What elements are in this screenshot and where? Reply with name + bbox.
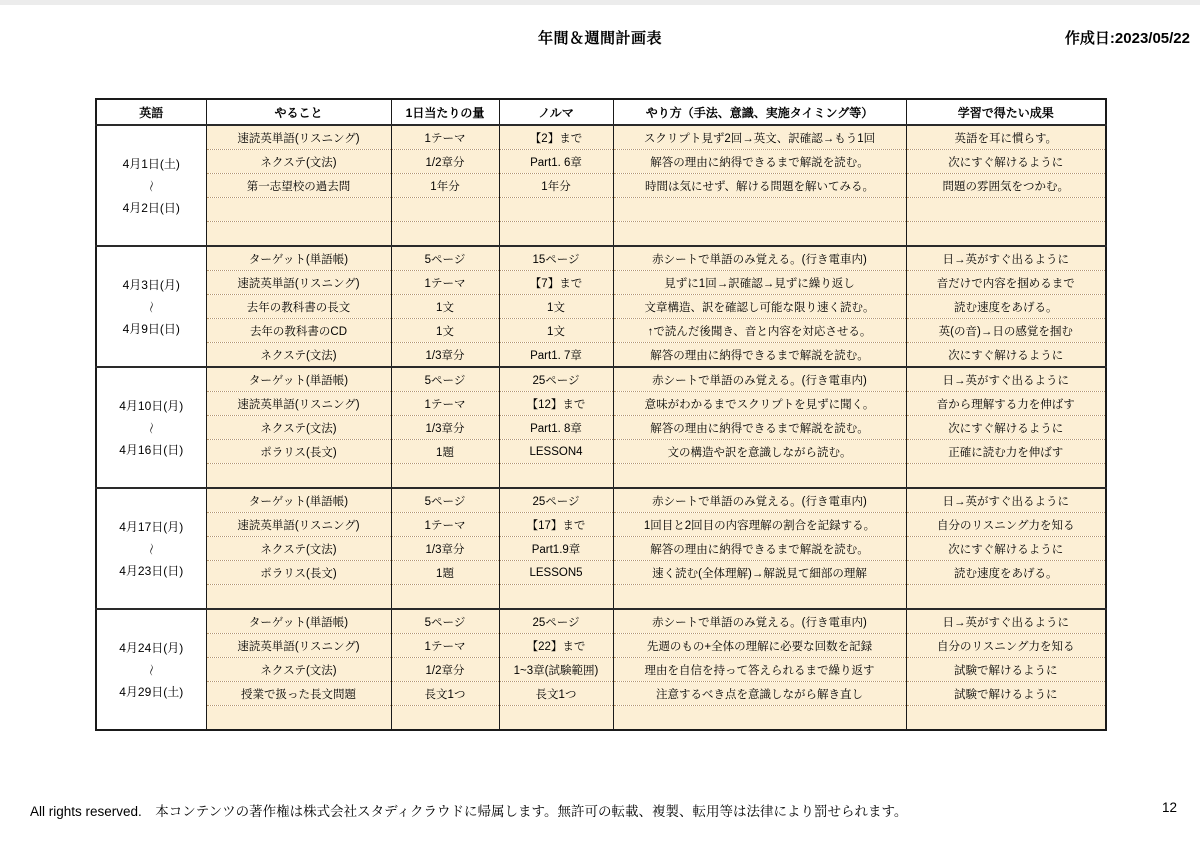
plan-cell: ポラリス(長文) [206,440,391,464]
plan-row: ネクステ(文法)1/3章分Part1. 8章解答の理由に納得できるまで解説を読む… [96,416,1106,440]
plan-cell: ターゲット(単語帳) [206,246,391,271]
plan-cell: 赤シートで単語のみ覚える。(行き電車内) [613,367,906,392]
plan-cell: 赤シートで単語のみ覚える。(行き電車内) [613,488,906,513]
date-separator: 〜 [145,659,157,681]
plan-cell: 5ページ [391,609,499,634]
plan-cell: 先週のもの+全体の理解に必要な回数を記録 [613,634,906,658]
plan-cell: 【2】まで [499,125,613,150]
copyright-text: All rights reserved. 本コンテンツの著作権は株式会社スタディ… [30,800,907,820]
plan-cell: 1題 [391,440,499,464]
date-start: 4月3日(月) [123,274,180,296]
plan-cell: 1/3章分 [391,343,499,368]
plan-row: 速読英単語(リスニング)1テーマ【7】まで見ずに1回→訳確認→見ずに繰り返し音だ… [96,271,1106,295]
plan-cell: 日→英がすぐ出るように [906,246,1106,271]
plan-row: 4月10日(月)〜4月16日(日)ターゲット(単語帳)5ページ25ページ赤シート… [96,367,1106,392]
date-end: 4月29日(土) [119,681,183,703]
plan-cell: 1/3章分 [391,416,499,440]
plan-row: ポラリス(長文)1題LESSON5速く読む(全体理解)→解説見て細部の理解読む速… [96,561,1106,585]
wave-dash: 〜 [140,179,162,191]
plan-cell: 日→英がすぐ出るように [906,367,1106,392]
date-start: 4月10日(月) [119,395,183,417]
document-page: 年間＆週間計画表 作成日:2023/05/22 英語やること1日当たりの量ノルマ… [0,0,1200,849]
plan-cell [613,706,906,731]
plan-cell: 正確に読む力を伸ばす [906,440,1106,464]
plan-cell: 1テーマ [391,271,499,295]
plan-cell: ターゲット(単語帳) [206,367,391,392]
date-end: 4月2日(日) [123,197,180,219]
wave-dash: 〜 [140,542,162,554]
plan-cell: 文の構造や訳を意識しながら読む。 [613,440,906,464]
plan-cell: 1テーマ [391,392,499,416]
date-range-cell: 4月17日(月)〜4月23日(日) [96,488,206,609]
plan-cell: 試験で解けるように [906,682,1106,706]
date-separator: 〜 [145,175,157,197]
plan-cell: 去年の教科書の長文 [206,295,391,319]
plan-cell: 1文 [391,295,499,319]
plan-cell: 1テーマ [391,513,499,537]
plan-cell [391,222,499,247]
plan-cell: Part1. 6章 [499,150,613,174]
page-title: 年間＆週間計画表 [0,27,1200,48]
plan-cell [391,706,499,731]
date-range-cell: 4月3日(月)〜4月9日(日) [96,246,206,367]
wave-dash: 〜 [140,300,162,312]
plan-row: 速読英単語(リスニング)1テーマ【12】まで意味がわかるまでスクリプトを見ずに聞… [96,392,1106,416]
plan-cell: 次にすぐ解けるように [906,416,1106,440]
column-header: やること [206,99,391,125]
column-header: ノルマ [499,99,613,125]
plan-cell: 15ページ [499,246,613,271]
plan-cell: 読む速度をあげる。 [906,295,1106,319]
plan-cell: 読む速度をあげる。 [906,561,1106,585]
plan-row: ポラリス(長文)1題LESSON4文の構造や訳を意識しながら読む。正確に読む力を… [96,440,1106,464]
plan-cell: 1テーマ [391,634,499,658]
column-header: 1日当たりの量 [391,99,499,125]
plan-cell: 解答の理由に納得できるまで解説を読む。 [613,150,906,174]
plan-row: 授業で扱った長文問題長文1つ長文1つ注意するべき点を意識しながら解き直し試験で解… [96,682,1106,706]
plan-cell [206,464,391,489]
plan-cell: 1/3章分 [391,537,499,561]
plan-cell: 1文 [391,319,499,343]
plan-row: 去年の教科書のCD1文1文↑で読んだ後聞き、音と内容を対応させる。英(の音)→日… [96,319,1106,343]
plan-cell [391,464,499,489]
plan-row [96,706,1106,731]
plan-cell: ↑で読んだ後聞き、音と内容を対応させる。 [613,319,906,343]
plan-cell: 見ずに1回→訳確認→見ずに繰り返し [613,271,906,295]
plan-cell: 1~3章(試験範囲) [499,658,613,682]
plan-row: ネクステ(文法)1/3章分Part1.9章解答の理由に納得できるまで解説を読む。… [96,537,1106,561]
date-end: 4月23日(日) [119,560,183,582]
plan-cell: 5ページ [391,246,499,271]
plan-cell: 時間は気にせず、解ける問題を解いてみる。 [613,174,906,198]
plan-cell: 1題 [391,561,499,585]
plan-cell: 音から理解する力を伸ばす [906,392,1106,416]
plan-cell: Part1. 8章 [499,416,613,440]
plan-cell: 1テーマ [391,125,499,150]
plan-cell: ネクステ(文法) [206,150,391,174]
date-range-cell: 4月24日(月)〜4月29日(土) [96,609,206,730]
plan-cell: 次にすぐ解けるように [906,343,1106,368]
plan-cell: 速く読む(全体理解)→解説見て細部の理解 [613,561,906,585]
plan-row [96,222,1106,247]
plan-cell: LESSON5 [499,561,613,585]
plan-cell [206,198,391,222]
plan-cell [499,222,613,247]
date-range-cell: 4月1日(土)〜4月2日(日) [96,125,206,246]
plan-cell: 1文 [499,295,613,319]
plan-row: ネクステ(文法)1/3章分Part1. 7章解答の理由に納得できるまで解説を読む… [96,343,1106,368]
creation-date: 作成日:2023/05/22 [1065,27,1190,48]
plan-cell [613,464,906,489]
plan-cell [906,464,1106,489]
plan-row: 速読英単語(リスニング)1テーマ【22】まで先週のもの+全体の理解に必要な回数を… [96,634,1106,658]
plan-cell: 速読英単語(リスニング) [206,513,391,537]
plan-row: ネクステ(文法)1/2章分Part1. 6章解答の理由に納得できるまで解説を読む… [96,150,1106,174]
plan-cell [906,198,1106,222]
plan-cell: ネクステ(文法) [206,416,391,440]
plan-cell: 5ページ [391,367,499,392]
plan-cell: 速読英単語(リスニング) [206,125,391,150]
plan-cell: 文章構造、訳を確認し可能な限り速く読む。 [613,295,906,319]
plan-row: 4月24日(月)〜4月29日(土)ターゲット(単語帳)5ページ25ページ赤シート… [96,609,1106,634]
plan-cell: ターゲット(単語帳) [206,609,391,634]
plan-cell: 試験で解けるように [906,658,1106,682]
plan-row: 4月3日(月)〜4月9日(日)ターゲット(単語帳)5ページ15ページ赤シートで単… [96,246,1106,271]
plan-row [96,464,1106,489]
plan-cell: 英語を耳に慣らす。 [906,125,1106,150]
table-header-row: 英語やること1日当たりの量ノルマやり方（手法、意識、実施タイミング等）学習で得た… [96,99,1106,125]
plan-cell: ターゲット(単語帳) [206,488,391,513]
plan-row: 4月1日(土)〜4月2日(日)速読英単語(リスニング)1テーマ【2】までスクリプ… [96,125,1106,150]
wave-dash: 〜 [140,663,162,675]
plan-cell [499,464,613,489]
column-header: 英語 [96,99,206,125]
plan-cell: 音だけで内容を掴めるまで [906,271,1106,295]
plan-cell [499,706,613,731]
plan-cell [391,198,499,222]
plan-cell: 速読英単語(リスニング) [206,271,391,295]
plan-row: ネクステ(文法)1/2章分1~3章(試験範囲)理由を自信を持って答えられるまで繰… [96,658,1106,682]
plan-cell: ネクステ(文法) [206,343,391,368]
plan-cell [906,222,1106,247]
plan-cell [499,585,613,610]
plan-cell [206,706,391,731]
plan-cell: 長文1つ [391,682,499,706]
plan-cell: 注意するべき点を意識しながら解き直し [613,682,906,706]
wave-dash: 〜 [140,421,162,433]
plan-row: 4月17日(月)〜4月23日(日)ターゲット(単語帳)5ページ25ページ赤シート… [96,488,1106,513]
date-start: 4月24日(月) [119,637,183,659]
plan-cell: 解答の理由に納得できるまで解説を読む。 [613,416,906,440]
date-start: 4月1日(土) [123,153,180,175]
plan-cell: 25ページ [499,367,613,392]
plan-cell: 【7】まで [499,271,613,295]
plan-cell: ポラリス(長文) [206,561,391,585]
date-end: 4月16日(日) [119,439,183,461]
plan-row: 速読英単語(リスニング)1テーマ【17】まで1回目と2回目の内容理解の割合を記録… [96,513,1106,537]
plan-cell [906,706,1106,731]
plan-cell [206,222,391,247]
column-header: 学習で得たい成果 [906,99,1106,125]
plan-cell: Part1. 7章 [499,343,613,368]
plan-row [96,585,1106,610]
plan-cell [391,585,499,610]
plan-cell: 次にすぐ解けるように [906,537,1106,561]
plan-cell: 理由を自信を持って答えられるまで繰り返す [613,658,906,682]
plan-cell: LESSON4 [499,440,613,464]
plan-table: 英語やること1日当たりの量ノルマやり方（手法、意識、実施タイミング等）学習で得た… [95,98,1107,731]
window-edge-strip [0,0,1200,5]
date-separator: 〜 [145,538,157,560]
plan-cell: 授業で扱った長文問題 [206,682,391,706]
plan-cell: 速読英単語(リスニング) [206,392,391,416]
plan-cell: 問題の雰囲気をつかむ。 [906,174,1106,198]
date-separator: 〜 [145,296,157,318]
plan-cell: 意味がわかるまでスクリプトを見ずに聞く。 [613,392,906,416]
plan-cell: 1回目と2回目の内容理解の割合を記録する。 [613,513,906,537]
plan-cell: 1/2章分 [391,658,499,682]
plan-cell: 5ページ [391,488,499,513]
plan-cell: 1/2章分 [391,150,499,174]
plan-cell: 長文1つ [499,682,613,706]
plan-row: 第一志望校の過去問1年分1年分時間は気にせず、解ける問題を解いてみる。問題の雰囲… [96,174,1106,198]
plan-row: 去年の教科書の長文1文1文文章構造、訳を確認し可能な限り速く読む。読む速度をあげ… [96,295,1106,319]
plan-cell [613,585,906,610]
page-number: 12 [1162,800,1177,815]
plan-cell [613,222,906,247]
plan-cell: 解答の理由に納得できるまで解説を読む。 [613,343,906,368]
plan-cell: 次にすぐ解けるように [906,150,1106,174]
plan-cell [499,198,613,222]
plan-cell: 25ページ [499,609,613,634]
plan-cell: 【17】まで [499,513,613,537]
column-header: やり方（手法、意識、実施タイミング等） [613,99,906,125]
plan-row [96,198,1106,222]
date-separator: 〜 [145,417,157,439]
plan-cell: 1年分 [499,174,613,198]
plan-cell: 1文 [499,319,613,343]
date-range-cell: 4月10日(月)〜4月16日(日) [96,367,206,488]
plan-cell: 赤シートで単語のみ覚える。(行き電車内) [613,609,906,634]
plan-cell: 去年の教科書のCD [206,319,391,343]
plan-cell [206,585,391,610]
plan-cell: 速読英単語(リスニング) [206,634,391,658]
date-start: 4月17日(月) [119,516,183,538]
plan-cell: ネクステ(文法) [206,658,391,682]
plan-cell: 1年分 [391,174,499,198]
plan-cell: 赤シートで単語のみ覚える。(行き電車内) [613,246,906,271]
plan-cell [613,198,906,222]
plan-cell: 日→英がすぐ出るように [906,609,1106,634]
date-end: 4月9日(日) [123,318,180,340]
plan-cell: 【22】まで [499,634,613,658]
plan-cell: 解答の理由に納得できるまで解説を読む。 [613,537,906,561]
plan-cell: 第一志望校の過去問 [206,174,391,198]
plan-cell: 日→英がすぐ出るように [906,488,1106,513]
plan-cell: ネクステ(文法) [206,537,391,561]
plan-cell [906,585,1106,610]
plan-cell: 自分のリスニング力を知る [906,634,1106,658]
plan-cell: スクリプト見ず2回→英文、訳確認→もう1回 [613,125,906,150]
plan-cell: 英(の音)→日の感覚を掴む [906,319,1106,343]
plan-cell: 【12】まで [499,392,613,416]
plan-cell: 自分のリスニング力を知る [906,513,1106,537]
plan-cell: Part1.9章 [499,537,613,561]
plan-cell: 25ページ [499,488,613,513]
